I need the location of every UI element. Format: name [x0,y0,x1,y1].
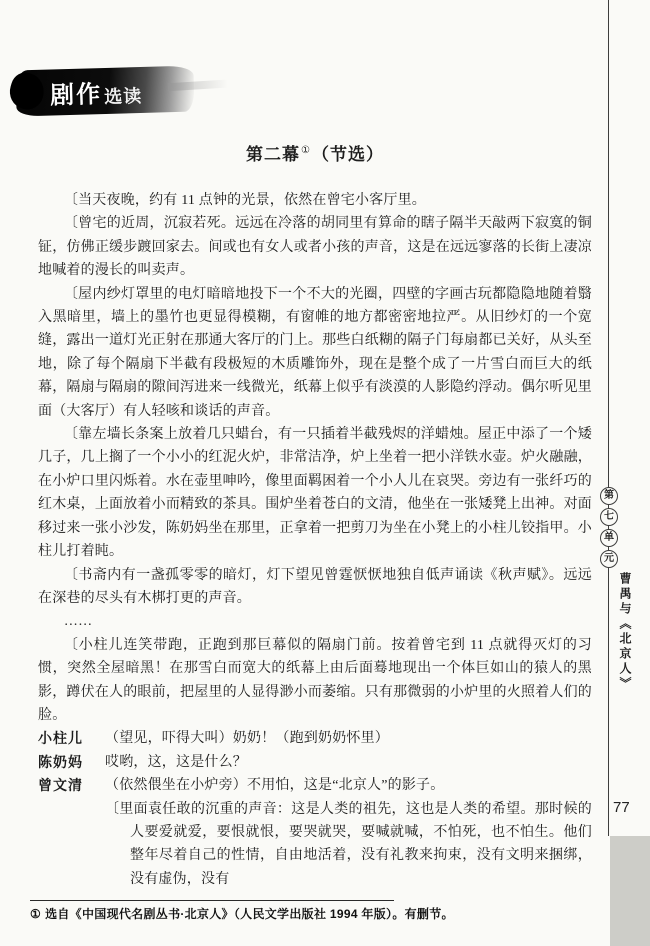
ellipsis-break: …… [38,610,592,633]
dialogue-text: （望见，吓得大叫）奶奶！（跑到奶奶怀里） [105,727,592,750]
stage-direction: 〔书斋内有一盏孤零零的暗灯，灯下望见曾霆恹恹地独自低声诵读《秋声赋》。远远在深巷… [38,564,592,611]
dialogue-line: 曾文清 （依然偎坐在小炉旁）不用怕，这是“北京人”的影子。 [38,774,592,797]
stage-direction: 〔当天夜晚，约有 11 点钟的光景，依然在曾宅小客厅里。 [38,189,592,212]
unit-badge-char: 七 [600,508,618,526]
unit-badge-char: 单 [600,529,618,547]
chapter-banner-main-label: 剧作 [50,74,103,110]
speaker-name: 陈奶妈 [38,751,105,774]
dialogue-line: 陈奶妈 哎哟，这，这是什么？ [38,751,592,774]
footnote: ①选自《中国现代名剧丛书·北京人》（人民文学出版社 1994 年版）。有删节。 [30,906,592,923]
stage-direction: 〔屋内纱灯罩里的电灯暗暗地投下一个不大的光圈，四壁的字画古玩都隐隐地随着翳入黑暗… [38,283,592,423]
footnote-text: 选自《中国现代名剧丛书·北京人》（人民文学出版社 1994 年版）。有删节。 [45,907,454,921]
main-text-column: 第二幕①（节选） 〔当天夜晚，约有 11 点钟的光景，依然在曾宅小客厅里。 〔曾… [38,140,592,923]
chapter-banner-sub-label: 选读 [104,82,143,109]
chapter-banner: 剧作 选读 [15,66,194,117]
unit-badge-group: 第 七 单 元 [600,487,618,568]
unit-badge-char: 元 [600,550,618,568]
speaker-name: 曾文清 [38,774,105,797]
footnote-reference-mark: ① [301,145,311,156]
footnote-marker: ① [30,907,41,921]
act-title: 第二幕 [246,145,300,164]
corner-gray-block [610,836,650,946]
page-number: 77 [613,799,630,816]
dialogue-text: 哎哟，这，这是什么？ [105,751,592,774]
page-title: 第二幕①（节选） [38,140,592,165]
textbook-page: 剧作 选读 第 七 单 元 曹禺与《北京人》 77 第二幕①（节选） 〔当天夜晚… [0,0,650,946]
sidebar-vertical-rule [608,0,609,836]
speaker-name: 小柱儿 [38,727,105,750]
footnote-divider [30,900,394,901]
dialogue-line: 小柱儿 （望见，吓得大叫）奶奶！（跑到奶奶怀里） [38,727,592,750]
stage-direction: 〔小柱儿连笑带跑，正跑到那巨幕似的隔扇门前。按着曾宅到 11 点就得灭灯的习惯，… [38,634,592,728]
lesson-title-vertical: 曹禺与《北京人》 [617,572,634,722]
stage-direction: 〔曾宅的近周，沉寂若死。远远在冷落的胡同里有算命的瞎子隔半天敲两下寂寞的铜钲，仿… [38,212,592,282]
unit-badge-char: 第 [600,487,618,505]
dialogue-text: （依然偎坐在小炉旁）不用怕，这是“北京人”的影子。 [105,774,592,797]
inner-stage-direction: 〔里面袁任敢的沉重的声音：这是人类的祖先，这也是人类的希望。那时候的人要爱就爱，… [38,798,592,892]
stage-direction: 〔靠左墙长条案上放着几只蜡台，有一只插着半截残烬的洋蜡烛。屋正中添了一个矮几子，… [38,423,592,563]
act-subtitle: （节选） [312,145,384,164]
